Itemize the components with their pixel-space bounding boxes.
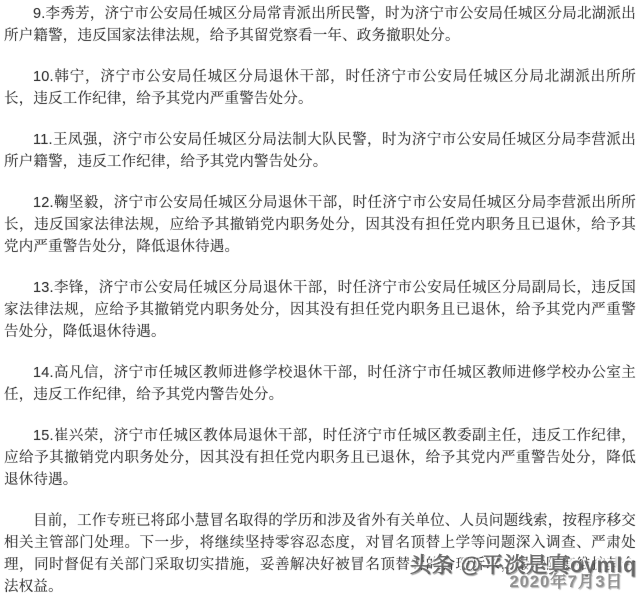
- article-body: 9.李秀芳，济宁市公安局任城区分局常青派出所民警，时为济宁市公安局任城区分局北湖…: [0, 0, 640, 598]
- disciplinary-item-9: 9.李秀芳，济宁市公安局任城区分局常青派出所民警，时为济宁市公安局任城区分局北湖…: [4, 3, 636, 47]
- disciplinary-item-14: 14.高凡信，济宁市任城区教师进修学校退休干部，时任济宁市任城区教师进修学校办公…: [4, 362, 636, 406]
- disciplinary-item-13: 13.李锋，济宁市公安局任城区分局退休干部，时任济宁市公安局任城区分局副局长，违…: [4, 277, 636, 343]
- disciplinary-item-11: 11.王凤强，济宁市公安局任城区分局法制大队民警，时为济宁市公安局任城区分局李营…: [4, 129, 636, 173]
- disciplinary-item-12: 12.鞠坚毅，济宁市公安局任城区分局退休干部，时任济宁市公安局任城区分局李营派出…: [4, 192, 636, 258]
- disciplinary-item-10: 10.韩宁，济宁市公安局任城区分局退休干部，时任济宁市公安局任城区分局北湖派出所…: [4, 66, 636, 110]
- disciplinary-item-15: 15.崔兴荣，济宁市任城区教体局退休干部，时任济宁市任城区教委副主任，违反工作纪…: [4, 425, 636, 491]
- article-page: 9.李秀芳，济宁市公安局任城区分局常青派出所民警，时为济宁市公安局任城区分局北湖…: [0, 0, 640, 598]
- closing-paragraph: 目前，工作专班已将邱小慧冒名取得的学历和涉及省外有关单位、人员问题线索，按程序移…: [4, 510, 636, 598]
